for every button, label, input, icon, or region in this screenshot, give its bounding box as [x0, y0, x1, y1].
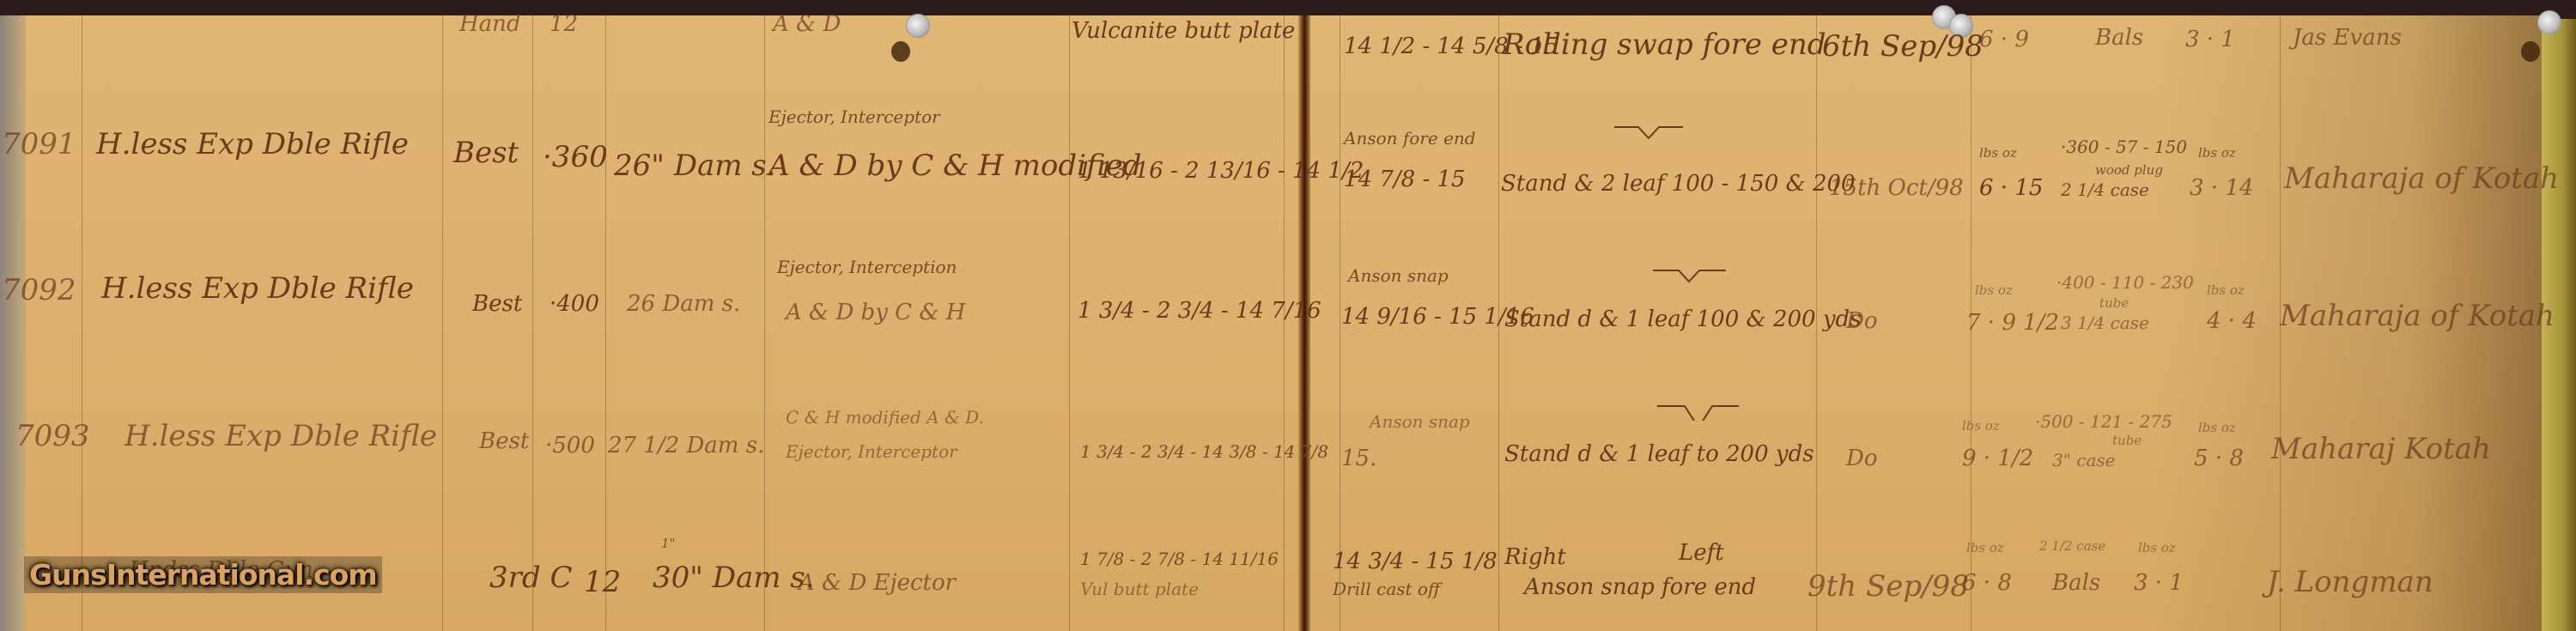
column-rule [532, 15, 533, 631]
column-rule [1340, 15, 1340, 631]
barrels-note: 1" [661, 537, 675, 551]
top-row-gauge: 12 [550, 12, 578, 37]
v-sight-icon [1657, 403, 1739, 421]
weight: 6 · 15 [1979, 176, 2043, 201]
bore: ·400 [550, 292, 599, 317]
stock-length: 15. [1341, 446, 1376, 471]
serial-number: 7091 [2, 129, 76, 161]
stock-note: Vul butt plate [1080, 579, 1199, 598]
stock-measure: 1 3/4 - 2 3/4 - 14 3/8 - 14 7/8 [1080, 442, 1328, 461]
sights: Anson snap fore end [1524, 575, 1756, 600]
weight: 9 · 1/2 [1962, 446, 2033, 471]
left-book-edge [0, 15, 26, 631]
quality: Best [479, 429, 529, 454]
stock-measure: 1 3/4 - 2 3/4 - 14 7/16 [1078, 299, 1321, 324]
barrels: 27 1/2 Dam s. [608, 434, 764, 458]
pin-shadow [2521, 41, 2540, 62]
cartridge-note: 2 1/2 case [2039, 539, 2105, 554]
weight-label: lbs oz [1975, 283, 2013, 298]
cartridge-case: 3" case [2052, 451, 2116, 470]
serial-number: 7092 [2, 275, 76, 306]
sights-right-label: Right [1504, 545, 1566, 570]
action: A & D Ejector [799, 571, 956, 596]
date: 15th Oct/98 [1829, 176, 1964, 201]
barrel-weight-label: lbs oz [2207, 283, 2245, 298]
gun-description: H.less Exp Dble Rifle [125, 421, 437, 452]
fore-end-note: Anson snap [1348, 266, 1449, 285]
cartridge-note: tube [2112, 434, 2142, 448]
top-row-sights: Rolling swap fore end [1503, 29, 1826, 61]
stock-length: 14 3/4 - 15 1/8 [1333, 549, 1498, 574]
stock-length-note: Drill cast off [1333, 579, 1440, 598]
weight: 6 · 8 [1962, 571, 2012, 596]
sights-left-label: Left [1679, 541, 1724, 566]
quality: 3rd C [489, 562, 572, 594]
weight-label: lbs oz [1962, 419, 2000, 434]
weight-label: lbs oz [1979, 146, 2017, 161]
column-rule [764, 15, 765, 631]
sights: Stand d & 1 leaf to 200 yds [1504, 442, 1814, 467]
fore-end-note: Anson snap [1370, 412, 1470, 431]
sights: Stand & 2 leaf 100 - 150 & 200 [1501, 172, 1856, 197]
barrel-weight: 5 · 8 [2194, 446, 2244, 471]
bore: ·360 [543, 142, 608, 173]
v-sight-icon [1653, 268, 1726, 285]
pushpin-icon [2537, 10, 2561, 34]
column-rule [1069, 15, 1070, 631]
weight-label: lbs oz [1966, 541, 2004, 555]
top-row-action: A & D [773, 12, 841, 37]
barrel-weight-label: lbs oz [2198, 421, 2236, 435]
stock-measure: 1 13/16 - 2 13/16 - 14 1/2 [1078, 159, 1364, 184]
column-rule [82, 15, 82, 631]
top-row-name-fragment: Hand [459, 12, 521, 37]
cartridge-case: 3 1/4 case [2061, 313, 2149, 332]
bore: 12 [584, 567, 621, 598]
cartridge-case: 2 1/4 case [2061, 180, 2149, 199]
action-note: C & H modified A & D. [786, 408, 984, 427]
stock-measure: 1 7/8 - 2 7/8 - 14 11/16 [1080, 549, 1279, 568]
top-row-weight: 6 · 9 [1979, 27, 2029, 52]
barrel-weight-label: lbs oz [2198, 146, 2236, 161]
barrels: 26 Dam s. [627, 292, 740, 317]
pin-shadow [891, 41, 910, 62]
cartridge: ·360 - 57 - 150 [2061, 137, 2187, 156]
date: 9th Sep/98 [1807, 571, 1969, 603]
bore: ·500 [545, 434, 595, 458]
barrel-weight: 3 · 1 [2134, 571, 2184, 596]
weight: 7 · 9 1/2 [1966, 311, 2059, 336]
top-row-stock-note: Vulcanite butt plate [1072, 19, 1295, 44]
watermark-logo: GunsInternational.com [24, 556, 382, 593]
top-row-cartridge: Bals [2095, 26, 2143, 51]
cartridge-note: wood plug [2095, 163, 2163, 178]
barrel-weight: 3 · 14 [2190, 176, 2253, 201]
quality: Best [472, 292, 522, 317]
quality: Best [453, 137, 519, 169]
gun-description: H.less Exp Dble Rifle [96, 129, 409, 161]
cartridge: ·400 - 110 - 230 [2057, 273, 2194, 292]
background-top-edge [0, 0, 2576, 15]
column-rule [605, 15, 606, 631]
top-row-purchaser: Jas Evans [2293, 26, 2402, 51]
purchaser: Maharaja of Kotah [2284, 163, 2559, 195]
purchaser: J. Longman [2267, 567, 2433, 598]
barrels: 26" Dam s. [614, 150, 776, 182]
barrel-weight: 4 · 4 [2207, 309, 2257, 334]
purchaser: Maharaj Kotah [2271, 434, 2491, 465]
top-row-date: 6th Sep/98 [1822, 31, 1984, 63]
barrel-weight-label: lbs oz [2138, 541, 2176, 555]
v-sight-icon [1614, 124, 1683, 142]
date: Do [1846, 309, 1878, 334]
cartridge: Bals [2052, 571, 2100, 596]
fore-end-note: Anson fore end [1344, 129, 1476, 148]
action: Ejector, Interceptor [786, 442, 957, 461]
column-rule [442, 15, 443, 631]
action: A & D by C & H [786, 300, 965, 325]
date: Do [1846, 446, 1878, 471]
action-note: Ejector, Interceptor [769, 107, 940, 126]
purchaser: Maharaja of Kotah [2280, 300, 2555, 332]
cartridge-note: tube [2099, 296, 2129, 311]
barrels: 30" Dam s. [653, 562, 815, 594]
cartridge: ·500 - 121 - 275 [2035, 412, 2172, 431]
action-note: Ejector, Interception [777, 258, 957, 276]
top-row-barrel-weight: 3 · 1 [2185, 27, 2235, 52]
sights: Stand d & 1 leaf 100 & 200 yds [1504, 307, 1862, 332]
gun-description: H.less Exp Dble Rifle [101, 273, 414, 305]
stock-length: 14 7/8 - 15 [1344, 167, 1466, 192]
pushpin-icon [906, 14, 930, 38]
serial-number: 7093 [15, 421, 90, 452]
